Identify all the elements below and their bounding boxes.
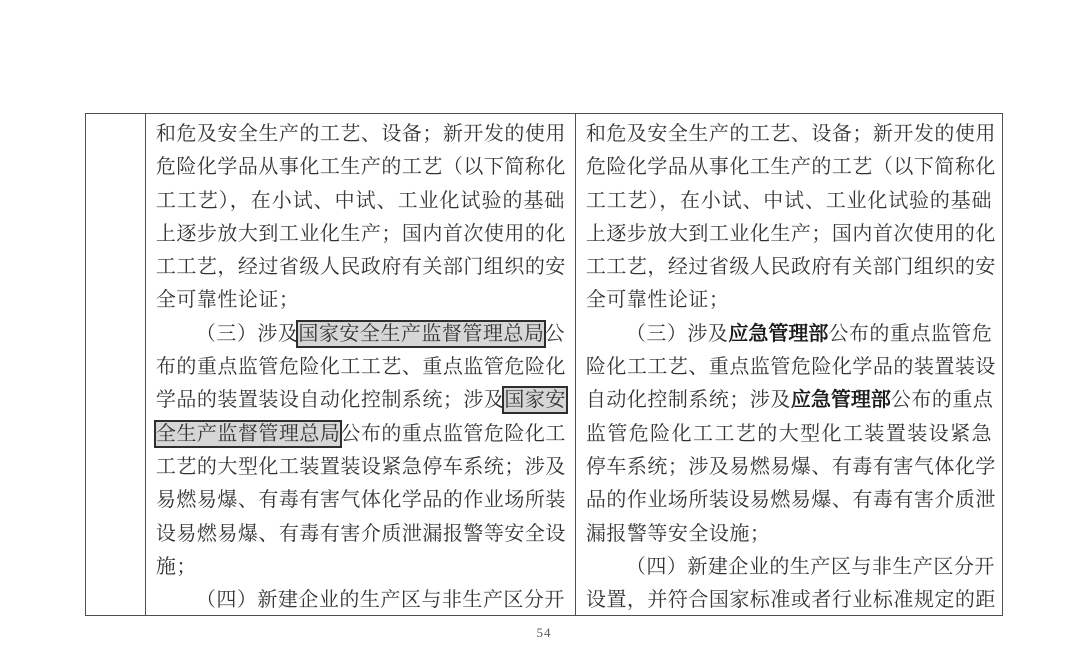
highlighted-term: 全生产监督管理总局: [156, 422, 341, 446]
text-segment: 学品的装置装设自动化控制系统；涉及: [156, 389, 505, 411]
text-segment: 监管危险化工工艺的大型化工装置装设紧急: [586, 423, 992, 445]
empty-cell: [86, 114, 146, 615]
text-line: 全可靠性论证；: [156, 284, 565, 317]
text-line: 和危及安全生产的工艺、设备；新开发的使用: [156, 118, 565, 151]
bold-term: 应急管理部: [791, 389, 891, 411]
text-segment: 和危及安全生产的工艺、设备；新开发的使用: [586, 123, 996, 145]
text-segment: 上逐步放大到工业化生产；国内首次使用的化: [156, 223, 566, 245]
text-line: 施；: [156, 551, 565, 584]
old-version-cell: 和危及安全生产的工艺、设备；新开发的使用危险化学品从事化工生产的工艺（以下简称化…: [146, 114, 576, 615]
text-segment: 设置，并符合国家标准或者行业标准规定的距: [586, 589, 996, 611]
text-line: 工工艺），在小试、中试、工业化试验的基础: [586, 185, 992, 218]
text-line: 危险化学品从事化工生产的工艺（以下简称化: [156, 151, 565, 184]
text-line: 监管危险化工工艺的大型化工装置装设紧急: [586, 418, 992, 451]
text-line: 和危及安全生产的工艺、设备；新开发的使用: [586, 118, 992, 151]
text-segment: 全可靠性论证；: [586, 289, 730, 311]
document-page: 和危及安全生产的工艺、设备；新开发的使用危险化学品从事化工生产的工艺（以下简称化…: [0, 0, 1080, 668]
text-segment: 漏报警等安全设施；: [586, 523, 771, 545]
text-segment: 停车系统；涉及易燃易爆、有毒有害气体化学: [586, 456, 996, 478]
text-line: 易燃易爆、有毒有害气体化学品的作业场所装: [156, 484, 565, 517]
text-segment: 公布的重点监管危: [828, 323, 992, 345]
text-line: 险化工工艺、重点监管危险化学品的装置装设: [586, 351, 992, 384]
revision-comparison-table: 和危及安全生产的工艺、设备；新开发的使用危险化学品从事化工生产的工艺（以下简称化…: [85, 113, 1003, 616]
text-line: 漏报警等安全设施；: [586, 518, 992, 551]
text-line: 上逐步放大到工业化生产；国内首次使用的化: [156, 218, 565, 251]
text-segment: 施；: [156, 556, 197, 578]
text-segment: 自动化控制系统；涉及: [586, 389, 791, 411]
text-segment: 工工艺），在小试、中试、工业化试验的基础: [586, 190, 992, 212]
text-segment: 设易燃易爆、有毒有害介质泄漏报警等安全设: [156, 523, 566, 545]
text-line: 全生产监督管理总局公布的重点监管危险化工: [156, 418, 565, 451]
page-number: 54: [85, 625, 1003, 641]
text-line: （四）新建企业的生产区与非生产区分开: [156, 584, 565, 615]
text-line: 布的重点监管危险化工工艺、重点监管危险化: [156, 351, 565, 384]
text-line: 全可靠性论证；: [586, 284, 992, 317]
text-segment: （三）涉及: [626, 323, 729, 345]
text-segment: 全可靠性论证；: [156, 289, 300, 311]
text-line: 上逐步放大到工业化生产；国内首次使用的化: [586, 218, 992, 251]
text-line: 危险化学品从事化工生产的工艺（以下简称化: [586, 151, 992, 184]
text-segment: （三）涉及: [196, 323, 299, 345]
text-segment: 公布的重点: [891, 389, 994, 411]
text-segment: 上逐步放大到工业化生产；国内首次使用的化: [586, 223, 996, 245]
text-line: 品的作业场所装设易燃易爆、有毒有害介质泄: [586, 484, 992, 517]
text-segment: 危险化学品从事化工生产的工艺（以下简称化: [156, 156, 566, 178]
text-line: 自动化控制系统；涉及应急管理部公布的重点: [586, 384, 992, 417]
text-line: 工工艺，经过省级人民政府有关部门组织的安: [156, 251, 565, 284]
text-line: 工工艺，经过省级人民政府有关部门组织的安: [586, 251, 992, 284]
text-segment: 布的重点监管危险化工工艺、重点监管危险化: [156, 356, 566, 378]
highlighted-term: 国家安: [504, 388, 566, 412]
text-segment: 公布的重点监管危险化工: [340, 423, 566, 445]
text-line: （三）涉及应急管理部公布的重点监管危: [586, 318, 992, 351]
text-segment: 易燃易爆、有毒有害气体化学品的作业场所装: [156, 489, 566, 511]
text-segment: 品的作业场所装设易燃易爆、有毒有害介质泄: [586, 489, 996, 511]
text-segment: （四）新建企业的生产区与非生产区分开: [196, 589, 565, 611]
text-line: （四）新建企业的生产区与非生产区分开: [586, 551, 992, 584]
new-version-cell: 和危及安全生产的工艺、设备；新开发的使用危险化学品从事化工生产的工艺（以下简称化…: [576, 114, 1002, 615]
text-segment: 和危及安全生产的工艺、设备；新开发的使用: [156, 123, 566, 145]
text-line: 设置，并符合国家标准或者行业标准规定的距: [586, 584, 992, 615]
text-line: 学品的装置装设自动化控制系统；涉及国家安: [156, 384, 565, 417]
text-line: （三）涉及国家安全生产监督管理总局公: [156, 318, 565, 351]
text-segment: 工工艺，经过省级人民政府有关部门组织的安: [586, 256, 996, 278]
text-segment: 工艺的大型化工装置装设紧急停车系统；涉及: [156, 456, 566, 478]
highlighted-term: 国家安全生产监督管理总局: [298, 322, 544, 346]
text-segment: 工工艺），在小试、中试、工业化试验的基础: [156, 190, 565, 212]
text-line: 工工艺），在小试、中试、工业化试验的基础: [156, 185, 565, 218]
text-segment: 危险化学品从事化工生产的工艺（以下简称化: [586, 156, 996, 178]
text-segment: 公: [544, 323, 565, 345]
text-line: 设易燃易爆、有毒有害介质泄漏报警等安全设: [156, 518, 565, 551]
bold-term: 应急管理部: [728, 323, 828, 345]
text-segment: 险化工工艺、重点监管危险化学品的装置装设: [586, 356, 996, 378]
text-segment: （四）新建企业的生产区与非生产区分开: [626, 556, 995, 578]
text-line: 停车系统；涉及易燃易爆、有毒有害气体化学: [586, 451, 992, 484]
text-segment: 工工艺，经过省级人民政府有关部门组织的安: [156, 256, 566, 278]
text-line: 工艺的大型化工装置装设紧急停车系统；涉及: [156, 451, 565, 484]
